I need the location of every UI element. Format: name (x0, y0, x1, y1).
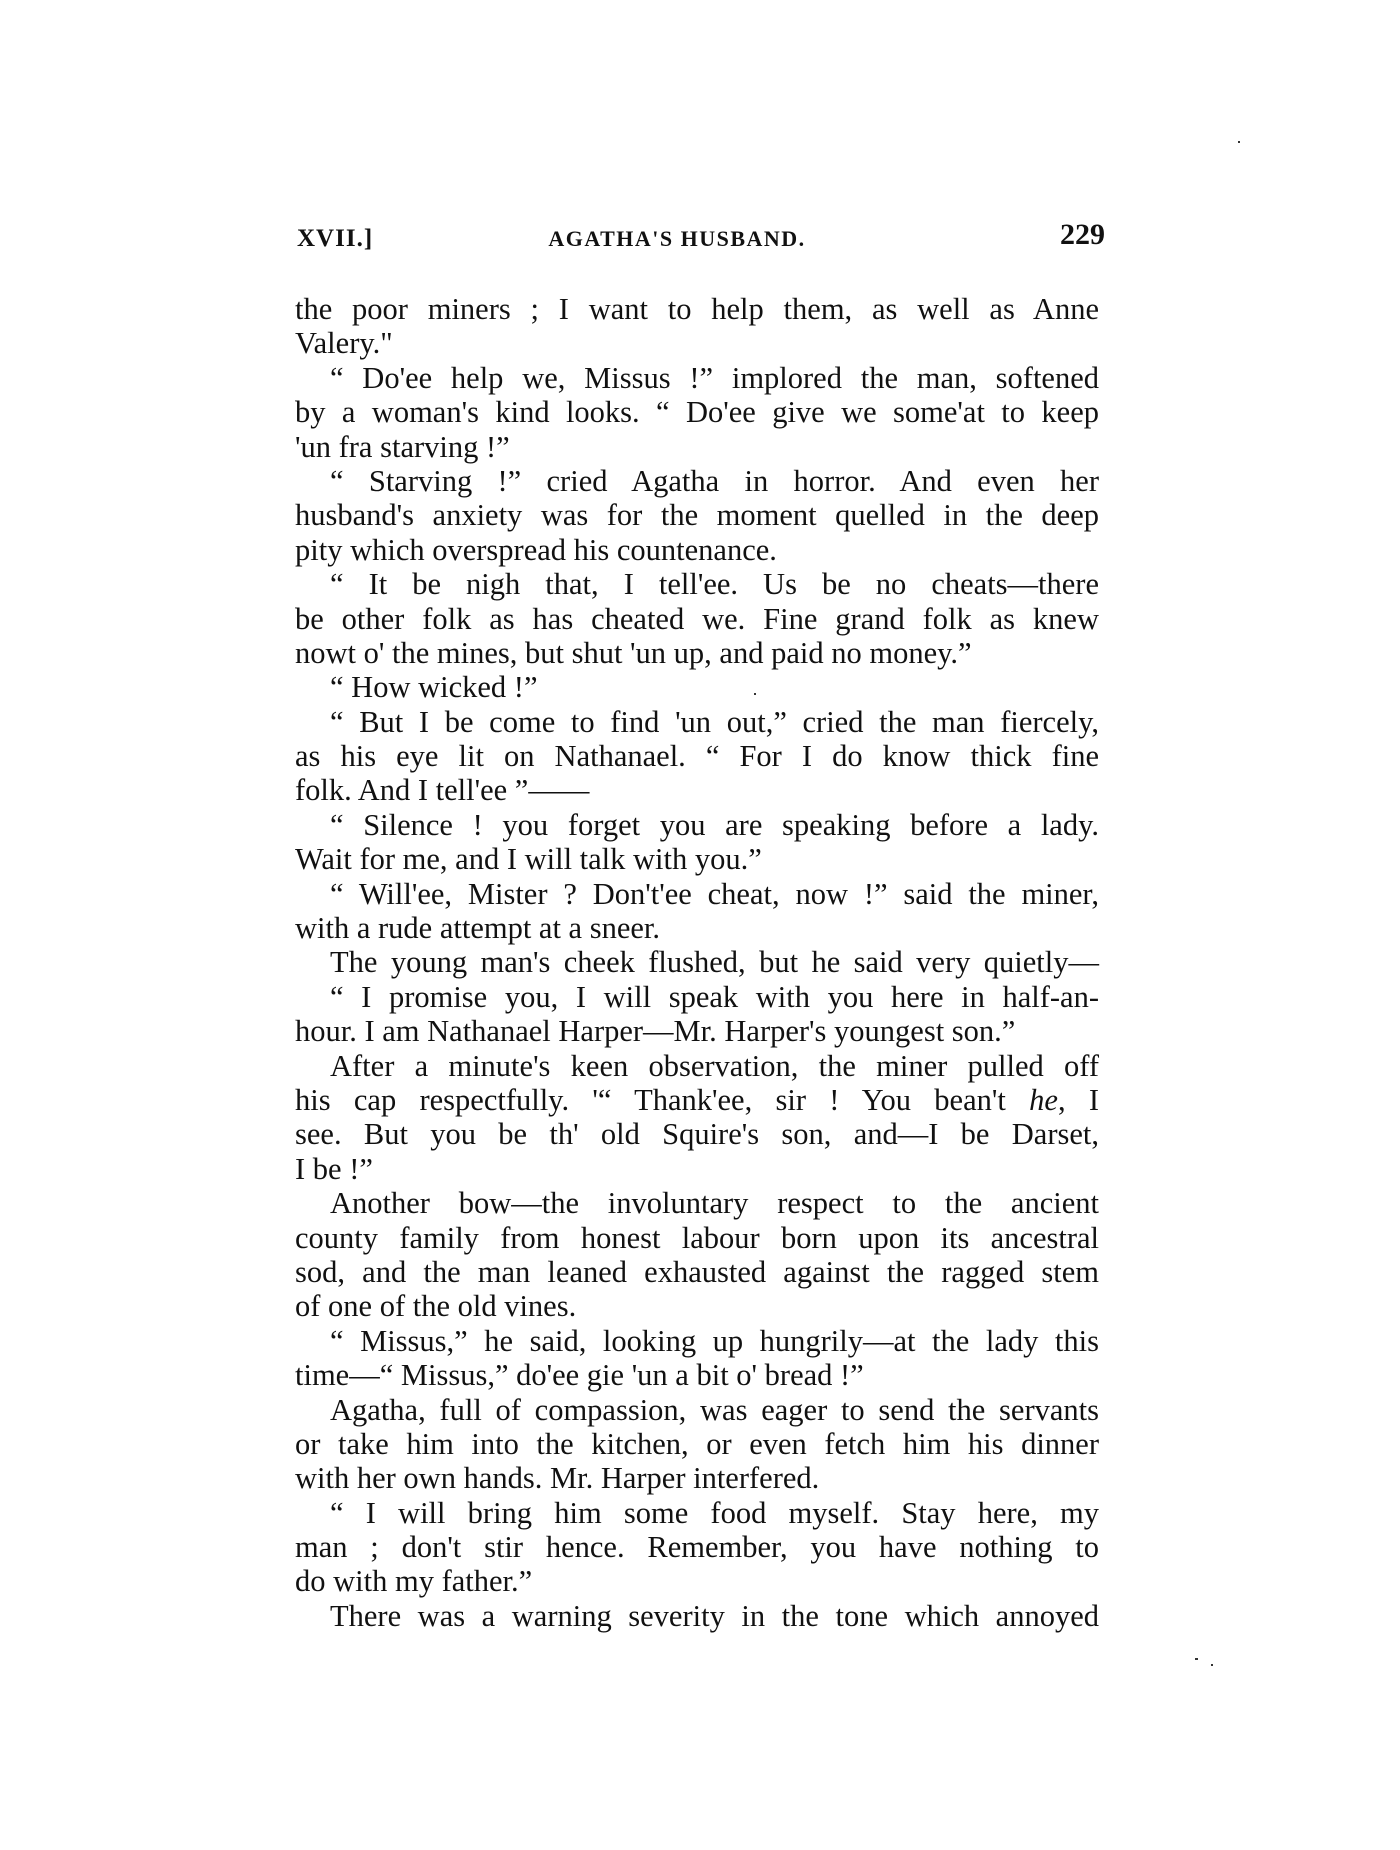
text-line: Valery." (295, 326, 1099, 360)
text-line: as his eye lit on Nathanael. “ For I do … (295, 739, 1099, 773)
page-number: 229 (1060, 218, 1105, 252)
italic-emphasis: he (1029, 1083, 1058, 1117)
text-line: man ; don't stir hence. Remember, you ha… (295, 1530, 1099, 1564)
text-line: Agatha, full of compassion, was eager to… (295, 1393, 1099, 1427)
text-line: “ Do'ee help we, Missus !” implored the … (295, 361, 1099, 395)
text-line: The young man's cheek flushed, but he sa… (295, 945, 1099, 979)
text-line: sod, and the man leaned exhausted agains… (295, 1255, 1099, 1289)
text-line: nowt o' the mines, but shut 'un up, and … (295, 636, 1099, 670)
text-line: do with my father.” (295, 1564, 1099, 1598)
text-line: “ Will'ee, Mister ? Don't'ee cheat, now … (295, 877, 1099, 911)
text-line: “ But I be come to find 'un out,” cried … (295, 705, 1099, 739)
running-title: AGATHA'S HUSBAND. (297, 222, 1057, 256)
text-line: There was a warning severity in the tone… (295, 1599, 1099, 1633)
text-line: Another bow—the involuntary respect to t… (295, 1186, 1099, 1220)
text-line: time—“ Missus,” do'ee gie 'un a bit o' b… (295, 1358, 1099, 1392)
text-line: “ I will bring him some food myself. Sta… (295, 1496, 1099, 1530)
text-line: of one of the old vines. (295, 1289, 1099, 1323)
text-line: his cap respectfully. '“ Thank'ee, sir !… (295, 1083, 1099, 1117)
text-line: 'un fra starving !” (295, 430, 1099, 464)
text-line: pity which overspread his countenance. (295, 533, 1099, 567)
text-line: “ Starving !” cried Agatha in horror. An… (295, 464, 1099, 498)
text-line: After a minute's keen observation, the m… (295, 1049, 1099, 1083)
text-line: “ It be nigh that, I tell'ee. Us be no c… (295, 567, 1099, 601)
book-page: XVII.] AGATHA'S HUSBAND. 229 the poor mi… (0, 0, 1400, 1850)
scan-speck (1238, 141, 1240, 143)
text-line: be other folk as has cheated we. Fine gr… (295, 602, 1099, 636)
text-line: I be !” (295, 1152, 1099, 1186)
text-line: with her own hands. Mr. Harper interfere… (295, 1461, 1099, 1495)
text-line: “ I promise you, I will speak with you h… (295, 980, 1099, 1014)
running-head: XVII.] AGATHA'S HUSBAND. 229 (297, 222, 1105, 256)
text-line: Wait for me, and I will talk with you.” (295, 842, 1099, 876)
scan-speck (1195, 1658, 1198, 1660)
text-line: “ How wicked !” (295, 670, 1099, 704)
body-text: the poor miners ; I want to help them, a… (295, 292, 1099, 1633)
scan-speck (1211, 1664, 1213, 1666)
text-line: county family from honest labour born up… (295, 1221, 1099, 1255)
text-line: husband's anxiety was for the moment que… (295, 498, 1099, 532)
text-line: with a rude attempt at a sneer. (295, 911, 1099, 945)
text-line: by a woman's kind looks. “ Do'ee give we… (295, 395, 1099, 429)
text-line: or take him into the kitchen, or even fe… (295, 1427, 1099, 1461)
text-line: “ Missus,” he said, looking up hungrily—… (295, 1324, 1099, 1358)
text-line: folk. And I tell'ee ”—— (295, 773, 1099, 807)
text-line: “ Silence ! you forget you are speaking … (295, 808, 1099, 842)
text-line: the poor miners ; I want to help them, a… (295, 292, 1099, 326)
text-line: see. But you be th' old Squire's son, an… (295, 1117, 1099, 1151)
text-line: hour. I am Nathanael Harper—Mr. Harper's… (295, 1014, 1099, 1048)
scan-speck (754, 693, 756, 695)
